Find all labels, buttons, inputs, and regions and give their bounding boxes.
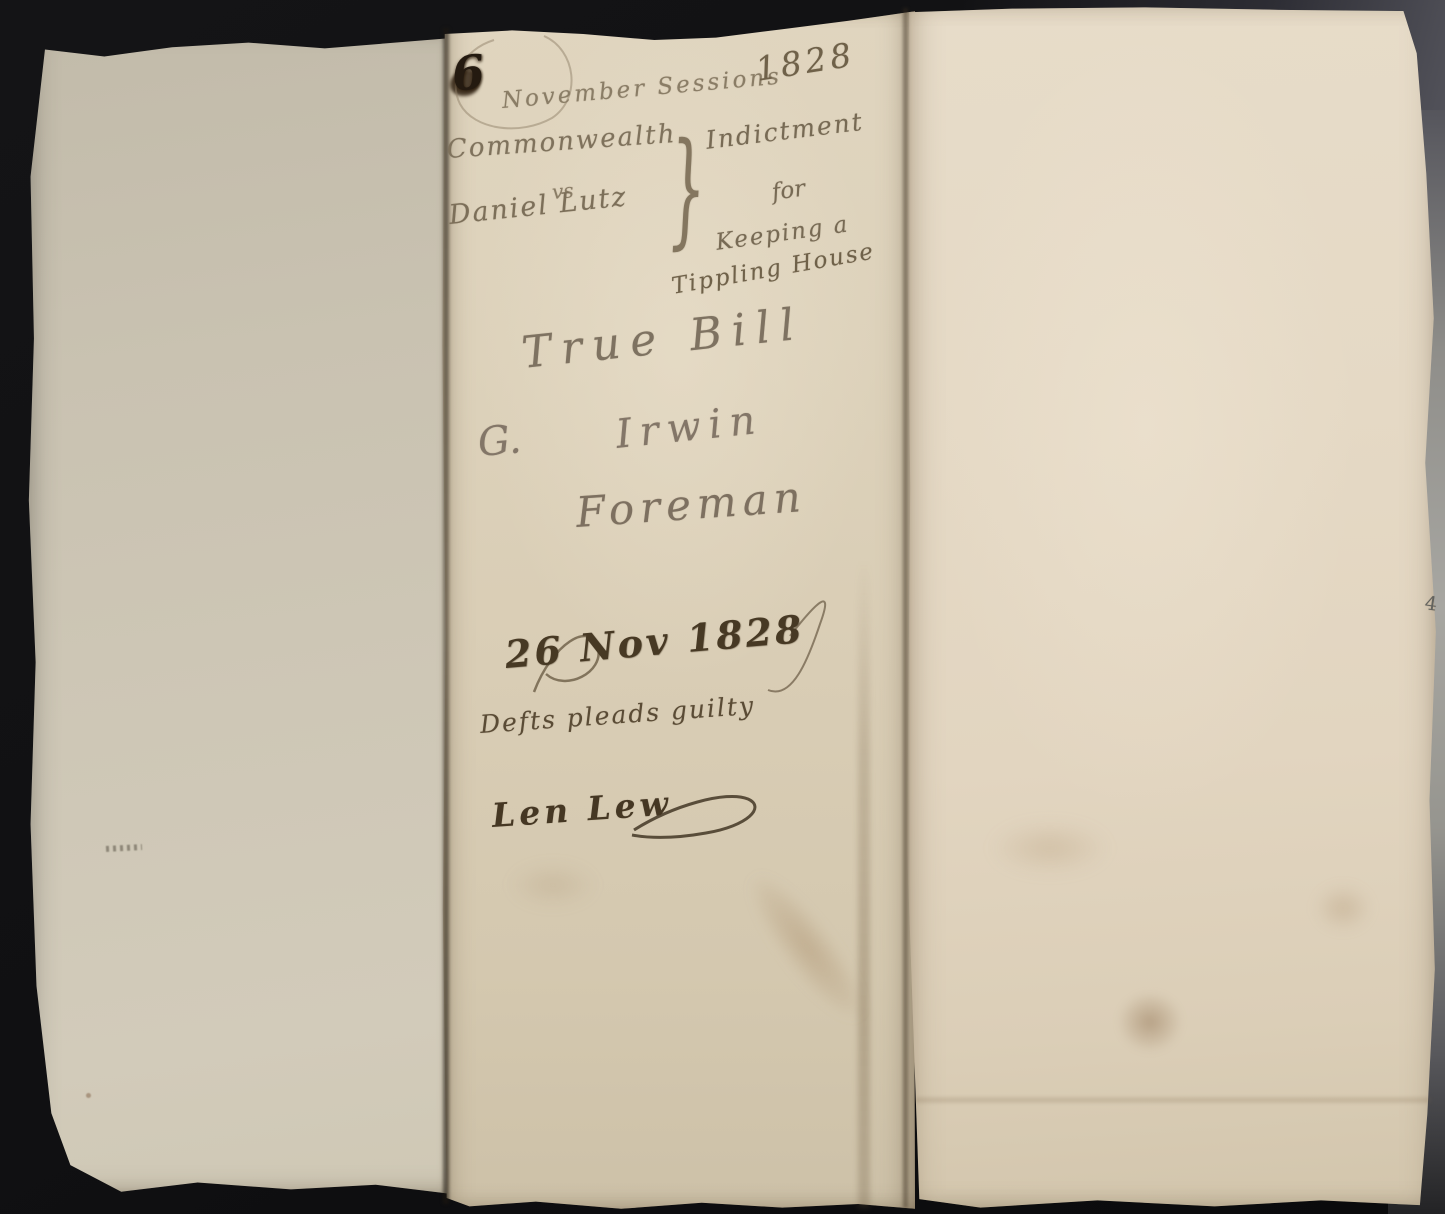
- filing-date: 26 Nov 1828: [503, 606, 806, 677]
- foreman-name: Irwin: [614, 397, 766, 458]
- foreman-title: Foreman: [574, 472, 808, 537]
- defendant-name: Daniel Lutz: [447, 181, 629, 231]
- year: 1828: [753, 35, 858, 89]
- document-photo: 6 November Sessions 1828 Commonwealth } …: [0, 0, 1445, 1214]
- plea-note: Defts pleads guilty: [479, 691, 756, 739]
- clerk-signature: Len Lew: [491, 783, 674, 834]
- margin-mark: 4: [1423, 592, 1438, 615]
- verdict-text: True Bill: [519, 299, 806, 379]
- plaintiff-name: Commonwealth: [446, 119, 677, 165]
- indictment-label: Indictment: [704, 107, 865, 155]
- brace-mark: }: [666, 115, 708, 262]
- term-line: November Sessions: [501, 64, 783, 114]
- docket-number: 6: [449, 45, 487, 103]
- foreman-initial: G.: [476, 416, 523, 466]
- for-label: for: [770, 175, 807, 205]
- handwriting-layer: 6 November Sessions 1828 Commonwealth } …: [0, 0, 1445, 1214]
